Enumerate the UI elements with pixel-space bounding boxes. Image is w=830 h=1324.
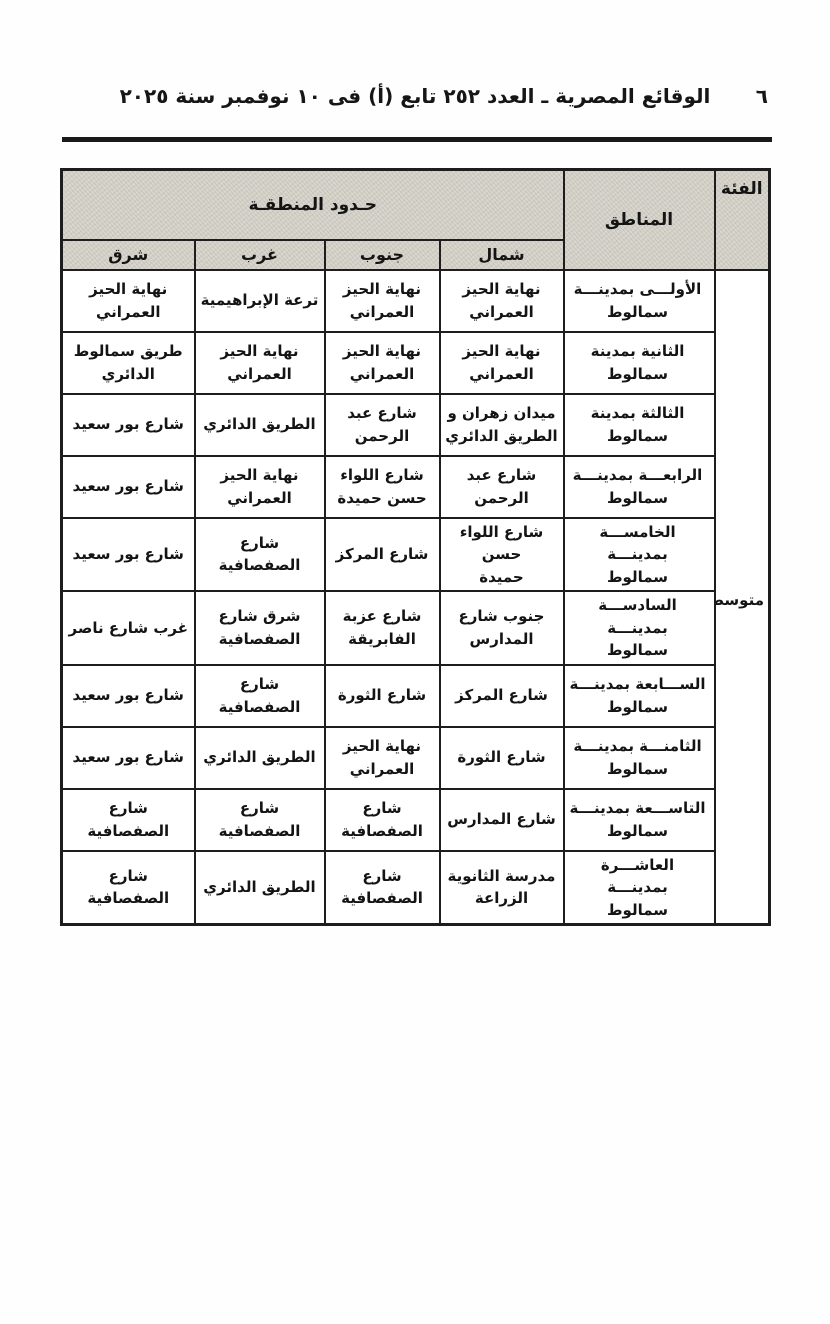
col-header-east: شرق [62,240,195,270]
area-cell: التاســـعة بمدينـــة سمالوط [564,789,715,851]
north-cell: نهاية الحيز العمراني [440,332,564,394]
page-number: ٦ [756,84,768,108]
north-cell: شارع المدارس [440,789,564,851]
table-row-3: الثالثة بمدينة سمالوط ميدان زهران و الطر… [62,394,770,456]
area-cell: الثالثة بمدينة سمالوط [564,394,715,456]
south-cell: شارع الثورة [325,665,440,727]
east-cell: شارع الصفصافية [62,789,195,851]
area-cell: الرابعـــة بمدينـــة سمالوط [564,456,715,518]
running-head: الوقائع المصرية ـ العدد ٢٥٢ تابع (أ) فى … [58,84,772,116]
area-cell: الســـابعة بمدينـــة سمالوط [564,665,715,727]
east-cell: شارع بور سعيد [62,727,195,789]
south-cell: شارع اللواء حسن حميدة [325,456,440,518]
south-cell: شارع المركز [325,518,440,592]
category-cell: متوسطة [715,270,770,925]
table-row-9: التاســـعة بمدينـــة سمالوط شارع المدارس… [62,789,770,851]
boundaries-table: الفئة المناطق حـدود المنطقـة شمال جنوب غ… [60,168,771,926]
south-cell: شارع الصفصافية [325,789,440,851]
area-cell: السادســـة بمدينـــة سمالوط [564,591,715,665]
north-cell: نهاية الحيز العمراني [440,270,564,332]
table-row-6: السادســـة بمدينـــة سمالوط جنوب شارع ال… [62,591,770,665]
north-cell: جنوب شارع المدارس [440,591,564,665]
south-cell: شارع عزبة الفابريقة [325,591,440,665]
east-cell: طريق سمالوط الدائري [62,332,195,394]
south-cell: شارع الصفصافية [325,851,440,925]
east-cell: شارع بور سعيد [62,394,195,456]
south-cell: شارع عبد الرحمن [325,394,440,456]
table-header-row-main: الفئة المناطق حـدود المنطقـة [62,170,770,240]
north-cell: ميدان زهران و الطريق الدائري [440,394,564,456]
east-cell: نهاية الحيز العمراني [62,270,195,332]
west-cell: شارع الصفصافية [195,665,325,727]
header-rule [62,137,772,142]
table-row-2: الثانية بمدينة سمالوط نهاية الحيز العمرا… [62,332,770,394]
west-cell: نهاية الحيز العمراني [195,456,325,518]
north-cell: شارع المركز [440,665,564,727]
south-cell: نهاية الحيز العمراني [325,727,440,789]
north-cell: شارع عبد الرحمن [440,456,564,518]
table-row-5: الخامســـة بمدينـــة سمالوط شارع اللواء … [62,518,770,592]
east-cell: شارع الصفصافية [62,851,195,925]
west-cell: ترعة الإبراهيمية [195,270,325,332]
col-header-category: الفئة [715,170,770,270]
table-row-8: الثامنـــة بمدينـــة سمالوط شارع الثورة … [62,727,770,789]
west-cell: الطريق الدائري [195,727,325,789]
west-cell: نهاية الحيز العمراني [195,332,325,394]
page-title: الوقائع المصرية ـ العدد ٢٥٢ تابع (أ) فى … [58,84,772,108]
area-cell: الثانية بمدينة سمالوط [564,332,715,394]
south-cell: نهاية الحيز العمراني [325,270,440,332]
west-cell: الطريق الدائري [195,851,325,925]
area-cell: العاشـــرة بمدينـــة سمالوط [564,851,715,925]
area-cell: الخامســـة بمدينـــة سمالوط [564,518,715,592]
east-cell: شارع بور سعيد [62,518,195,592]
north-cell: شارع الثورة [440,727,564,789]
west-cell: شارع الصفصافية [195,518,325,592]
east-cell: شارع بور سعيد [62,456,195,518]
col-header-boundaries: حـدود المنطقـة [62,170,564,240]
south-cell: نهاية الحيز العمراني [325,332,440,394]
north-cell: شارع اللواء حسن حميدة [440,518,564,592]
east-cell: شارع بور سعيد [62,665,195,727]
table-row-10: العاشـــرة بمدينـــة سمالوط مدرسة الثانو… [62,851,770,925]
col-header-south: جنوب [325,240,440,270]
west-cell: الطريق الدائري [195,394,325,456]
col-header-west: غرب [195,240,325,270]
west-cell: شارع الصفصافية [195,789,325,851]
table-row-4: الرابعـــة بمدينـــة سمالوط شارع عبد الر… [62,456,770,518]
table-row-7: الســـابعة بمدينـــة سمالوط شارع المركز … [62,665,770,727]
east-cell: غرب شارع ناصر [62,591,195,665]
col-header-north: شمال [440,240,564,270]
area-cell: الثامنـــة بمدينـــة سمالوط [564,727,715,789]
table-row-1: متوسطة الأولـــى بمدينـــة سمالوط نهاية … [62,270,770,332]
north-cell: مدرسة الثانوية الزراعة [440,851,564,925]
area-cell: الأولـــى بمدينـــة سمالوط [564,270,715,332]
col-header-areas: المناطق [564,170,715,270]
west-cell: شرق شارع الصفصافية [195,591,325,665]
document-page: الوقائع المصرية ـ العدد ٢٥٢ تابع (أ) فى … [0,0,830,1324]
